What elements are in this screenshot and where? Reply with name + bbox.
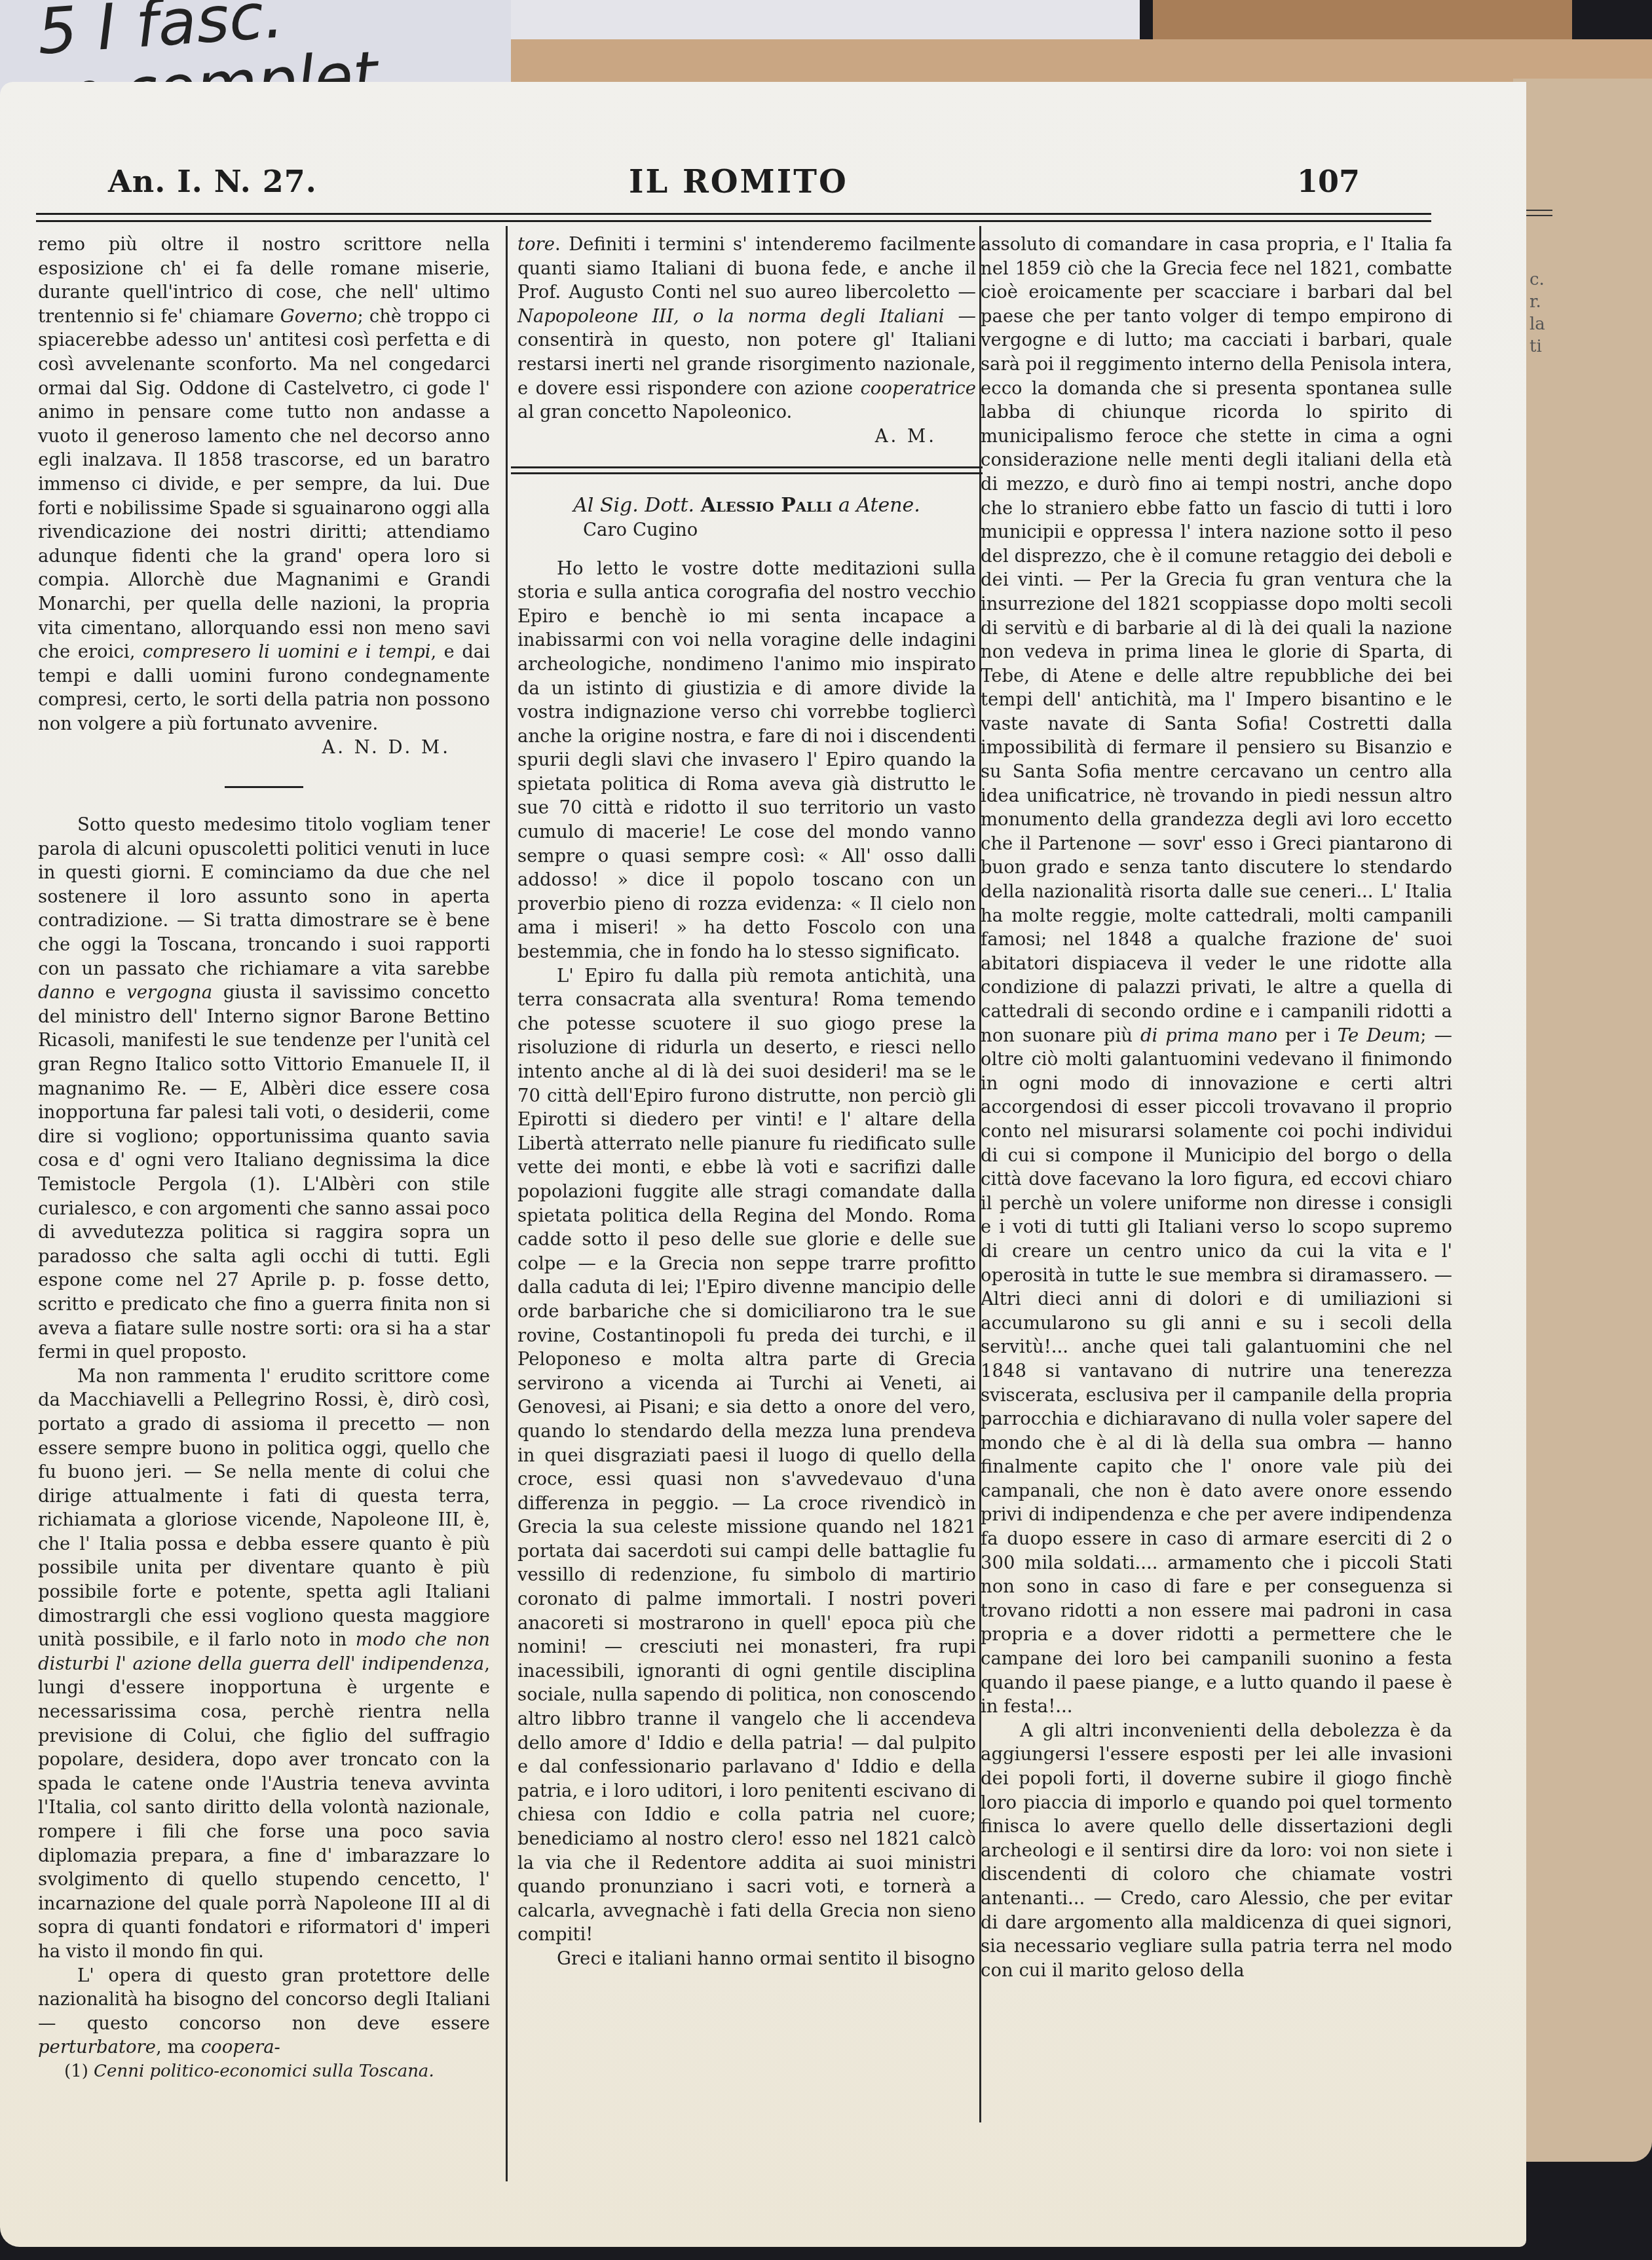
- paragraph: assoluto di comandare in casa propria, e…: [981, 233, 1452, 1719]
- paragraph: L' Epiro fu dalla più remota antichità, …: [517, 964, 976, 1947]
- signature-row: A. M.: [517, 424, 976, 449]
- column-3: assoluto di comandare in casa propria, e…: [981, 233, 1452, 1982]
- paragraph: L' opera di questo gran protettore delle…: [38, 1964, 490, 2060]
- next-page-fragment: r.: [1530, 291, 1541, 313]
- paragraph: remo più oltre il nostro scrittore nella…: [38, 233, 490, 736]
- masthead-title: IL ROMITO: [629, 164, 848, 200]
- article-signature: A. N. D. M.: [38, 736, 490, 760]
- paragraph: Greci e italiani hanno ormai sentito il …: [517, 1947, 976, 1971]
- next-page-rule: [1526, 210, 1552, 216]
- issue-number: An. I. N. 27.: [108, 164, 317, 199]
- column-divider: [506, 226, 508, 2181]
- paragraph: A gli altri inconvenienti della debolezz…: [981, 1719, 1452, 1983]
- next-page-fragment: la: [1530, 313, 1545, 335]
- header-double-rule: [36, 213, 1431, 222]
- article-double-rule: [511, 466, 983, 474]
- page-header: An. I. N. 27. IL ROMITO 107: [0, 164, 1467, 203]
- paragraph: tore. Definiti i termini s' intenderemo …: [517, 233, 976, 424]
- next-page-fragment: c.: [1530, 269, 1545, 291]
- letter-salutation: Caro Cugino: [517, 518, 976, 542]
- paragraph: Ma non rammenta l' erudito scrittore com…: [38, 1365, 490, 1964]
- footnote: (1) Cenni politico-economici sulla Tosca…: [38, 2060, 490, 2084]
- next-page-strip: [1513, 79, 1652, 2162]
- paragraph: Ho letto le vostre dotte meditazioni sul…: [517, 557, 976, 964]
- article-signature: A. M.: [875, 424, 976, 449]
- column-2: tore. Definiti i termini s' intenderemo …: [517, 233, 976, 1971]
- section-separator: [225, 786, 303, 788]
- paragraph: Sotto questo medesimo titolo vogliam ten…: [38, 813, 490, 1365]
- letter-heading: Al Sig. Dott. Alessio Palli a Atene.: [517, 494, 976, 518]
- column-1: remo più oltre il nostro scrittore nella…: [38, 233, 490, 2084]
- next-page-fragment: ti: [1530, 335, 1542, 358]
- page-number: 107: [1297, 164, 1360, 199]
